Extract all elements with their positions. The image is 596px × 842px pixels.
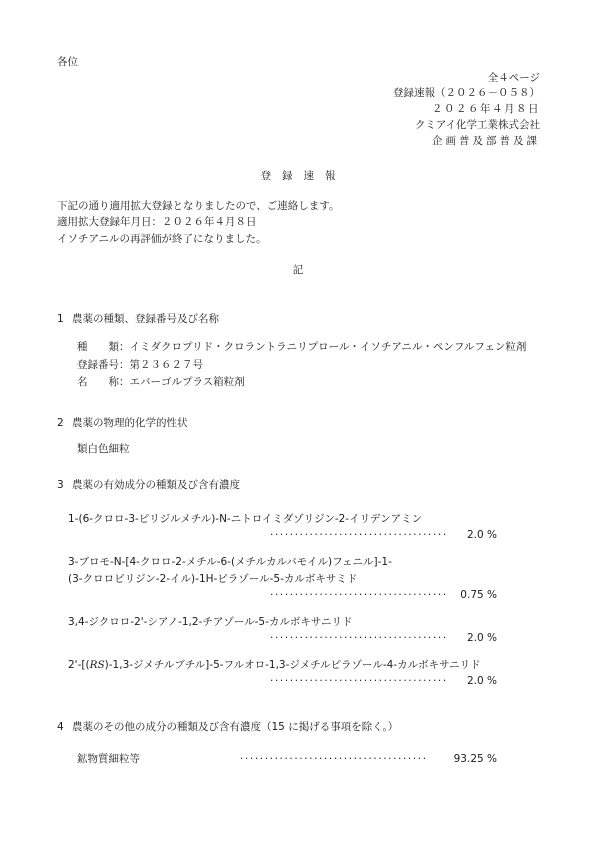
concentration-row: ···································· 0.7… — [0, 588, 596, 605]
ingredient-item: 2'-[(RS)-1,3-ジメチルブチル]-5-フルオロ-1,3-ジメチルピラゾ… — [0, 657, 596, 691]
other-ingredient-row: 鉱物質細粒等 ·································… — [0, 752, 596, 769]
field-value: イミダクロプリド・クロラントラニリプロール・イソチアニル・ペンフルフェン粒剤 — [130, 341, 527, 353]
company-name: クミアイ化学工業株式会社 — [0, 118, 540, 134]
section-3-title: 農薬の有効成分の種類及び含有濃度 — [72, 479, 240, 491]
active-ingredient-list: 1-(6-クロロ-3-ピリジルメチル)-N-ニトロイミダゾリジン-2-イリデンア… — [0, 511, 596, 691]
section-1-title: 農薬の種類、登録番号及び名称 — [72, 313, 219, 325]
section-2-heading: 2農薬の物理的化学的性状 — [57, 416, 596, 432]
other-ingredient-name: 鉱物質細粒等 — [77, 753, 140, 765]
concentration-row: ···································· 2.0… — [0, 674, 596, 691]
ingredient-item: 3,4-ジクロロ-2'-シアノ-1,2-チアゾール-5-カルボキサニリド ···… — [0, 614, 596, 648]
concentration-value: 2.0 % — [467, 631, 497, 647]
document-title: 登録速報 — [0, 169, 596, 185]
issue-date: ２０２６年４月８日 — [0, 102, 540, 118]
concentration-value: 93.25 % — [454, 752, 497, 768]
physical-properties-value: 類白色細粒 — [77, 442, 596, 458]
document-header: 全４ページ 登録速報（２０２６－０５８） ２０２６年４月８日 クミアイ化学工業株… — [0, 71, 540, 150]
concentration-value: 0.75 % — [460, 588, 497, 604]
field-label: 名 称： — [77, 376, 130, 388]
field-value: エバーゴルプラス箱粒剤 — [130, 376, 245, 388]
department-name: 企画普及部普及課 — [0, 134, 540, 150]
concentration-value: 2.0 % — [467, 528, 497, 544]
field-label: 登録番号： — [77, 359, 130, 371]
ingredient-name-part: 2'-[( — [68, 659, 90, 671]
ingredient-name-part: )-1,3-ジメチルブチル]-5-フルオロ-1,3-ジメチルピラゾール-4-カル… — [105, 659, 481, 671]
intro-line: イソチアニルの再評価が終了になりました。 — [57, 231, 596, 247]
recipient-label: 各位 — [57, 0, 596, 71]
section-3-heading: 3農薬の有効成分の種類及び含有濃度 — [57, 478, 596, 494]
section-2-title: 農薬の物理的化学的性状 — [72, 417, 188, 429]
ingredient-name: 3-ブロモ-N-[4-クロロ-2-メチル-6-(メチルカルバモイル)フェニル]-… — [68, 554, 596, 571]
section-2-number: 2 — [57, 416, 72, 432]
field-row-type: 種 類：イミダクロプリド・クロラントラニリプロール・イソチアニル・ペンフルフェン… — [77, 339, 596, 357]
leader-dots: ···································· — [270, 588, 448, 604]
ingredient-item: 1-(6-クロロ-3-ピリジルメチル)-N-ニトロイミダゾリジン-2-イリデンア… — [0, 511, 596, 545]
section-4-title: 農薬のその他の成分の種類及び含有濃度（15 に掲げる事項を除く。） — [72, 721, 398, 733]
ingredient-name-stereo-label: RS — [90, 659, 105, 671]
ingredient-item: 3-ブロモ-N-[4-クロロ-2-メチル-6-(メチルカルバモイル)フェニル]-… — [0, 554, 596, 605]
ingredient-name: 1-(6-クロロ-3-ピリジルメチル)-N-ニトロイミダゾリジン-2-イリデンア… — [68, 511, 596, 528]
concentration-row: ···································· 2.0… — [0, 631, 596, 648]
concentration-row: ···································· 2.0… — [0, 528, 596, 545]
section-1-fields: 種 類：イミダクロプリド・クロラントラニリプロール・イソチアニル・ペンフルフェン… — [77, 339, 596, 392]
page-count: 全４ページ — [0, 71, 540, 87]
ingredient-name: 2'-[(RS)-1,3-ジメチルブチル]-5-フルオロ-1,3-ジメチルピラゾ… — [68, 657, 596, 674]
leader-dots: ···································· — [270, 631, 448, 647]
leader-dots: ······································ — [240, 752, 428, 768]
intro-line: 適用拡大登録年月日：２０２６年４月８日 — [57, 214, 596, 230]
document-page: 各位 全４ページ 登録速報（２０２６－０５８） ２０２６年４月８日 クミアイ化学… — [0, 0, 596, 842]
field-value: 第２３６２７号 — [130, 359, 204, 371]
section-4-number: 4 — [57, 720, 72, 736]
intro-line: 下記の通り適用拡大登録となりましたので、ご連絡します。 — [57, 198, 596, 214]
section-4-heading: 4農薬のその他の成分の種類及び含有濃度（15 に掲げる事項を除く。） — [57, 720, 596, 736]
intro-paragraph: 下記の通り適用拡大登録となりましたので、ご連絡します。 適用拡大登録年月日：２０… — [57, 198, 596, 247]
bulletin-number: 登録速報（２０２６－０５８） — [0, 86, 540, 102]
ingredient-name: (3-クロロピリジン-2-イル)-1H-ピラゾール-5-カルボキサミド — [68, 571, 596, 588]
field-row-registration-number: 登録番号：第２３６２７号 — [77, 357, 596, 375]
section-1-heading: 1農薬の種類、登録番号及び名称 — [57, 312, 596, 328]
concentration-value: 2.0 % — [467, 674, 497, 690]
record-marker: 記 — [0, 263, 596, 279]
section-3-number: 3 — [57, 478, 72, 494]
field-row-product-name: 名 称：エバーゴルプラス箱粒剤 — [77, 374, 596, 392]
section-1-number: 1 — [57, 312, 72, 328]
leader-dots: ···································· — [270, 528, 448, 544]
leader-dots: ···································· — [270, 674, 448, 690]
ingredient-name: 3,4-ジクロロ-2'-シアノ-1,2-チアゾール-5-カルボキサニリド — [68, 614, 596, 631]
field-label: 種 類： — [77, 341, 130, 353]
